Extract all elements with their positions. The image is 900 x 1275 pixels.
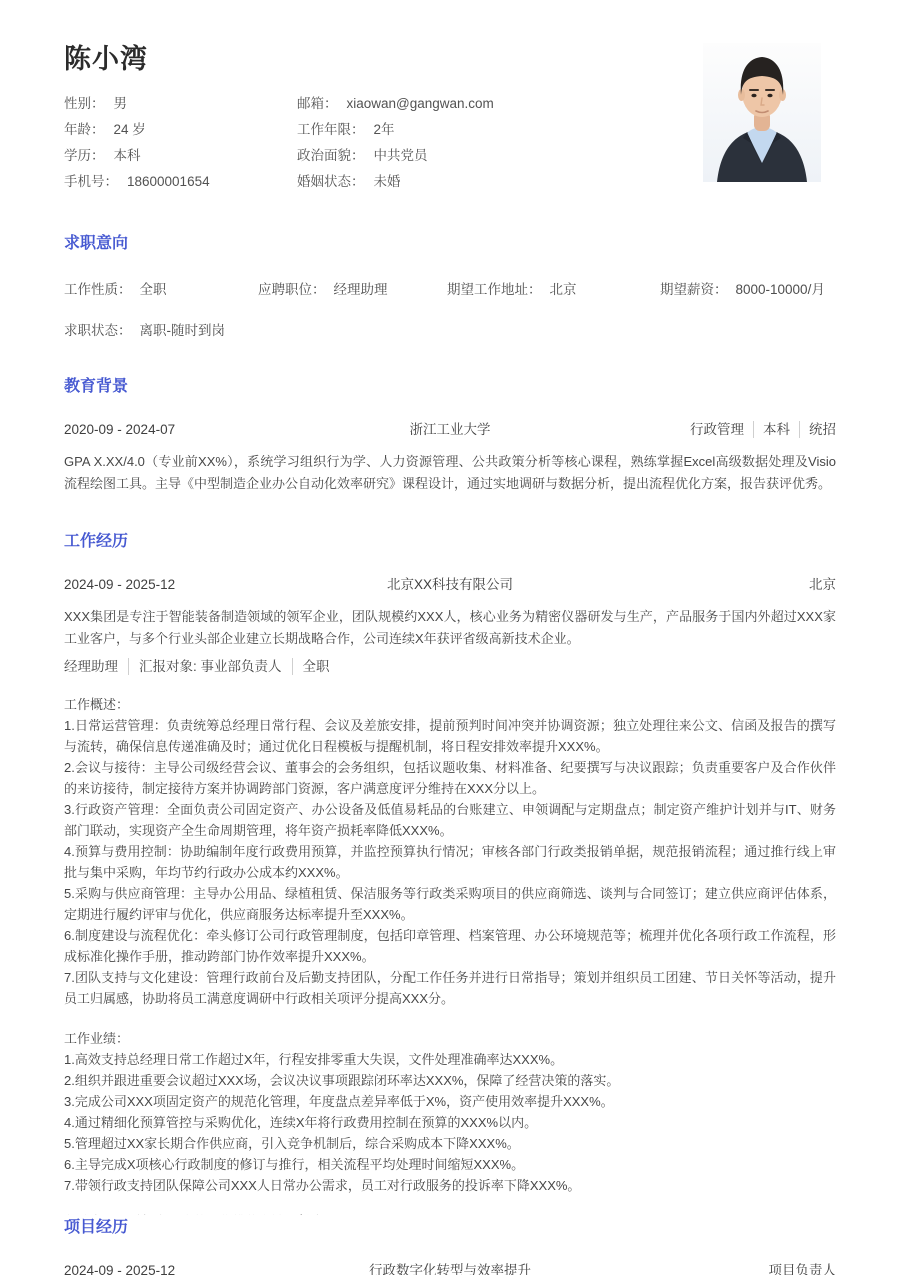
section-title-work: 工作经历 — [64, 532, 836, 551]
info-phone: 手机号：18600001654 — [64, 174, 297, 190]
info-value: 18600001654 — [127, 174, 210, 189]
achievement-item: 5.管理超过XX家长期合作供应商，引入竞争机制后，综合采购成本下降XXX%。 — [64, 1133, 836, 1154]
work-achievement-title: 工作业绩： — [64, 1028, 836, 1049]
overview-item: 6.制度建设与流程优化：牵头修订公司行政管理制度，包括印章管理、档案管理、办公环… — [64, 925, 836, 967]
intent-location: 期望工作地址：北京 — [447, 282, 660, 298]
personal-info-grid: 性别：男 邮箱：xiaowan@gangwan.com 年龄：24 岁 工作年限… — [64, 96, 624, 190]
overview-item: 3.行政资产管理：全面负责公司固定资产、办公设备及低值易耗品的台账建立、申领调配… — [64, 799, 836, 841]
section-title-job-intent: 求职意向 — [64, 234, 836, 253]
leave-reason: 主动离职，希望有更多的工作挑战和涨薪机会。 — [64, 1211, 836, 1215]
profile-photo — [703, 43, 821, 182]
intent-salary: 期望薪资：8000-10000/月 — [660, 282, 836, 298]
work-location: 北京 — [621, 576, 836, 593]
project-role: 项目负责人 — [621, 1262, 836, 1275]
field-value: 离职-随时到岗 — [140, 323, 226, 338]
info-label: 婚姻状态： — [297, 174, 365, 189]
education-description: GPA X.XX/4.0（专业前XX%），系统学习组织行为学、人力资源管理、公共… — [64, 451, 836, 494]
info-label: 性别： — [64, 96, 105, 111]
position-line: 经理助理 汇报对象: 事业部负责人 全职 — [64, 658, 836, 675]
profile-photo-image — [703, 43, 821, 182]
achievement-item: 2.组织并跟进重要会议超过XXX场，会议决议事项跟踪闭环率达XXX%，保障了经营… — [64, 1070, 836, 1091]
info-label: 年龄： — [64, 122, 105, 137]
info-value: 男 — [114, 96, 128, 111]
info-age: 年龄：24 岁 — [64, 122, 297, 138]
work-period: 2024-09 - 2025-12 — [64, 576, 279, 593]
position-report-to: 汇报对象: 事业部负责人 — [128, 658, 292, 675]
section-project: 项目经历 2024-09 - 2025-12 行政数字化转型与效率提升 项目负责… — [64, 1218, 836, 1275]
field-label: 期望薪资： — [660, 282, 728, 297]
info-label: 邮箱： — [297, 96, 338, 111]
work-entry-row: 2024-09 - 2025-12 北京XX科技有限公司 北京 — [64, 576, 836, 593]
achievement-item: 7.带领行政支持团队保障公司XXX人日常办公需求，员工对行政服务的投诉率下降XX… — [64, 1175, 836, 1196]
field-value: 全职 — [140, 282, 167, 297]
info-label: 学历： — [64, 148, 105, 163]
achievement-item: 6.主导完成X项核心行政制度的修订与推行，相关流程平均处理时间缩短XXX%。 — [64, 1154, 836, 1175]
job-seeking-status: 求职状态：离职-随时到岗 — [64, 323, 836, 339]
field-label: 工作性质： — [64, 282, 132, 297]
company-intro: XXX集团是专注于智能装备制造领域的领军企业，团队规模约XXX人，核心业务为精密… — [64, 606, 836, 649]
work-company: 北京XX科技有限公司 — [279, 576, 621, 593]
resume-body: 陈小湾 性别：男 邮箱：xiaowan@gangwan.com 年龄：24 岁 … — [64, 0, 836, 1215]
achievement-item: 1.高效支持总经理日常工作超过X年，行程安排零重大失误，文件处理准确率达XXX%… — [64, 1049, 836, 1070]
info-label: 政治面貌： — [297, 148, 365, 163]
job-intent-row: 工作性质：全职 应聘职位：经理助理 期望工作地址：北京 期望薪资：8000-10… — [64, 282, 836, 298]
project-name: 行政数字化转型与效率提升 — [279, 1262, 621, 1275]
overview-item: 4.预算与费用控制：协助编制年度行政费用预算，并监控预算执行情况；审核各部门行政… — [64, 841, 836, 883]
info-value: 本科 — [114, 148, 141, 163]
info-label: 工作年限： — [297, 122, 365, 137]
info-value: 中共党员 — [374, 148, 428, 163]
info-value: 未婚 — [374, 174, 401, 189]
overview-item: 1.日常运营管理：负责统筹总经理日常行程、会议及差旅安排，提前预判时间冲突并协调… — [64, 715, 836, 757]
education-admission-type: 统招 — [799, 421, 836, 438]
education-school: 浙江工业大学 — [279, 421, 621, 438]
field-value: 北京 — [550, 282, 577, 297]
section-title-project: 项目经历 — [64, 1218, 836, 1237]
info-value: xiaowan@gangwan.com — [347, 96, 494, 111]
achievement-item: 3.完成公司XXX项固定资产的规范化管理，年度盘点差异率低于X%，资产使用效率提… — [64, 1091, 836, 1112]
info-label: 手机号： — [64, 174, 118, 189]
work-achievement-list: 1.高效支持总经理日常工作超过X年，行程安排零重大失误，文件处理准确率达XXX%… — [64, 1049, 836, 1196]
achievement-item: 4.通过精细化预算管控与采购优化，连续X年将行政费用控制在预算的XXX%以内。 — [64, 1112, 836, 1133]
overview-item: 5.采购与供应商管理：主导办公用品、绿植租赁、保洁服务等行政类采购项目的供应商筛… — [64, 883, 836, 925]
info-value: 2年 — [374, 122, 395, 137]
info-degree: 学历：本科 — [64, 148, 297, 164]
education-period: 2020-09 - 2024-07 — [64, 421, 279, 438]
intent-job-type: 工作性质：全职 — [64, 282, 258, 298]
work-overview-title: 工作概述： — [64, 694, 836, 715]
info-experience-years: 工作年限：2年 — [297, 122, 624, 138]
field-label: 期望工作地址： — [447, 282, 542, 297]
position-type: 全职 — [292, 658, 340, 675]
field-label: 求职状态： — [64, 323, 132, 338]
education-tags: 行政管理 本科 统招 — [690, 421, 836, 438]
info-political-status: 政治面貌：中共党员 — [297, 148, 624, 164]
overview-item: 7.团队支持与文化建设：管理行政前台及后勤支持团队，分配工作任务并进行日常指导；… — [64, 967, 836, 1009]
info-value: 24 岁 — [114, 122, 146, 137]
resume-page: 陈小湾 性别：男 邮箱：xiaowan@gangwan.com 年龄：24 岁 … — [0, 0, 900, 1275]
section-title-education: 教育背景 — [64, 377, 836, 396]
field-value: 经理助理 — [334, 282, 388, 297]
field-label: 应聘职位： — [258, 282, 326, 297]
position-title: 经理助理 — [64, 658, 128, 675]
info-email: 邮箱：xiaowan@gangwan.com — [297, 96, 624, 112]
project-entry-row: 2024-09 - 2025-12 行政数字化转型与效率提升 项目负责人 — [64, 1262, 836, 1275]
info-gender: 性别：男 — [64, 96, 297, 112]
education-degree: 本科 — [753, 421, 799, 438]
info-marital-status: 婚姻状态：未婚 — [297, 174, 624, 190]
work-overview-list: 1.日常运营管理：负责统筹总经理日常行程、会议及差旅安排，提前预判时间冲突并协调… — [64, 715, 836, 1009]
project-period: 2024-09 - 2025-12 — [64, 1262, 279, 1275]
education-major: 行政管理 — [690, 421, 753, 438]
education-entry-row: 2020-09 - 2024-07 浙江工业大学 行政管理 本科 统招 — [64, 421, 836, 438]
intent-position: 应聘职位：经理助理 — [258, 282, 447, 298]
field-value: 8000-10000/月 — [736, 282, 825, 297]
overview-item: 2.会议与接待：主导公司级经营会议、董事会的会务组织，包括议题收集、材料准备、纪… — [64, 757, 836, 799]
